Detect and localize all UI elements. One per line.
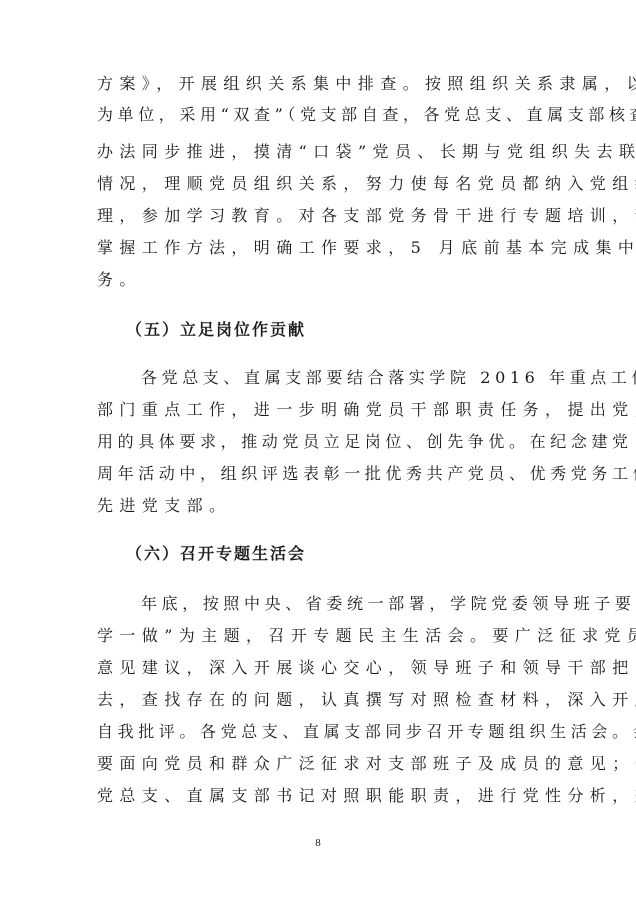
section-heading-5: （五）立足岗位作贡献: [126, 318, 306, 342]
body-text-line: 掌握工作方法，明确工作要求，5 月底前基本完成集中排查任: [97, 236, 571, 260]
body-text-line: 学一做”为主题，召开专题民主生活会。要广泛征求党员干部的: [97, 624, 571, 648]
body-text-line: 去，查找存在的问题，认真撰写对照检查材料，深入开展批评与: [97, 688, 571, 712]
body-text-line: 用的具体要求，推动党员立足岗位、创先争优。在纪念建党 95: [97, 430, 571, 454]
body-text-line: 各党总支、直属支部要结合落实学院 2016 年重点工作和本: [141, 366, 615, 390]
body-text-line: 年底，按照中央、省委统一部署，学院党委领导班子要以“两: [141, 592, 615, 616]
body-text-line: 情况，理顺党员组织关系，努力使每名党员都纳入党组织有效管: [97, 172, 571, 196]
section-heading-6: （六）召开专题生活会: [126, 542, 306, 566]
body-text-line: 周年活动中，组织评选表彰一批优秀共产党员、优秀党务工作者、: [97, 462, 571, 486]
body-text-line: 为单位，采用“双查”（党支部自查，各党总支、直属支部核查）: [97, 103, 571, 127]
document-page: 方案》，开展组织关系集中排查。按照组织关系隶属，以党支部 为单位，采用“双查”（…: [0, 0, 636, 900]
body-text-line: 方案》，开展组织关系集中排查。按照组织关系隶属，以党支部: [97, 72, 571, 96]
body-text-line: 理，参加学习教育。对各支部党务骨干进行专题培训，帮助他们: [97, 204, 571, 228]
body-text-line: 党总支、直属支部书记对照职能职责，进行党性分析，查摆在思: [97, 784, 571, 808]
body-text-line: 务。: [97, 268, 571, 292]
body-text-line: 意见建议，深入开展谈心交心，领导班子和领导干部把自己摆进: [97, 656, 571, 680]
body-text-line: 要面向党员和群众广泛征求对支部班子及成员的意见；会上，各: [97, 752, 571, 776]
body-text-line: 自我批评。各党总支、直属支部同步召开专题组织生活会。会前，: [97, 720, 571, 744]
body-text-line: 办法同步推进，摸清“口袋”党员、长期与党组织失去联系党员: [97, 140, 571, 164]
body-text-line: 部门重点工作，进一步明确党员干部职责任务，提出党员发挥作: [97, 398, 571, 422]
page-number: 8: [0, 836, 636, 850]
body-text-line: 先进党支部。: [97, 494, 571, 518]
